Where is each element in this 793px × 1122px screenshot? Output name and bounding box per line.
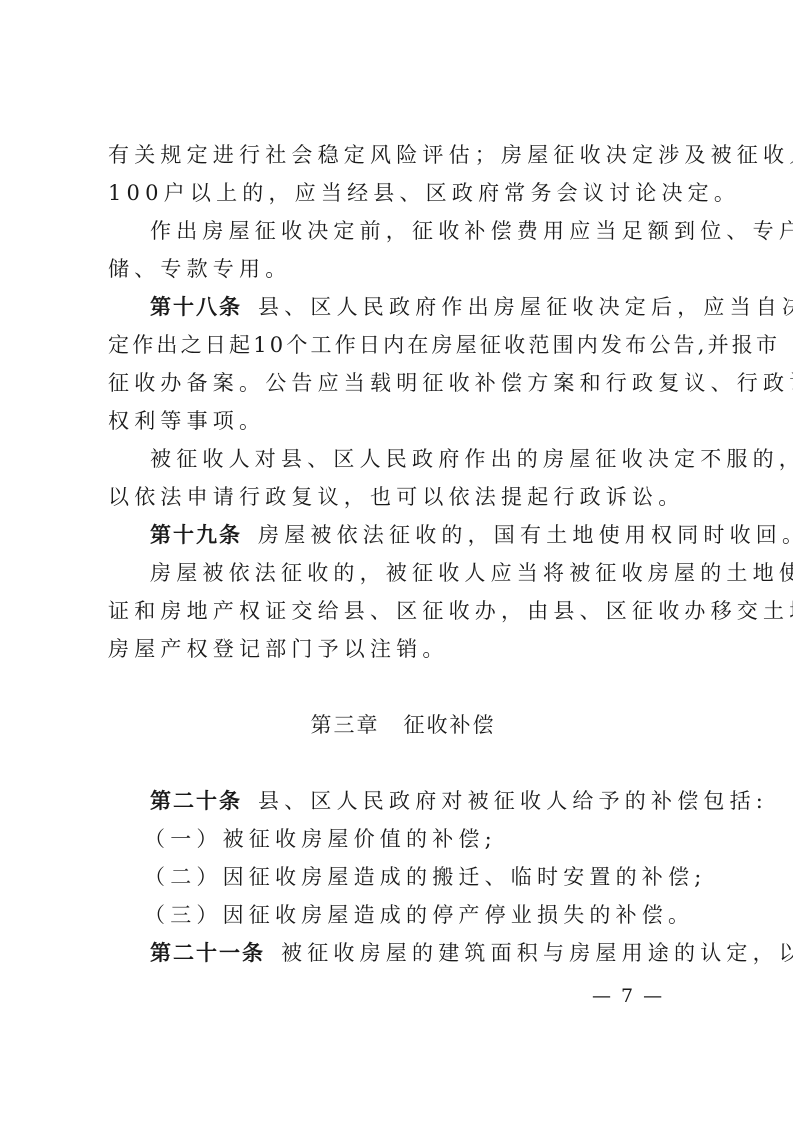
text-span: 县、区人民政府对被征收人给予的补偿包括: [258,789,768,813]
text-line: 储、专款专用。 [108,250,698,288]
article-21-label: 第二十一条 [150,941,265,965]
text-line: 100户以上的，应当经县、区政府常务会议讨论决定。 [108,174,698,212]
text-line: 证和房地产权证交给县、区征收办，由县、区征收办移交土地和 [108,592,698,630]
text-line: 作出房屋征收决定前，征收补偿费用应当足额到位、专户存 [108,212,698,250]
text-line: 被征收人对县、区人民政府作出的房屋征收决定不服的，可 [108,440,698,478]
article-21-line: 第二十一条被征收房屋的建筑面积与房屋用途的认定，以 [108,934,698,972]
text-span: 房屋被依法征收的，国有土地使用权同时收回。 [258,523,793,547]
text-span: 被征收房屋的建筑面积与房屋用途的认定，以 [281,941,793,965]
document-page: 有关规定进行社会稳定风险评估；房屋征收决定涉及被征收人 100户以上的，应当经县… [108,136,698,972]
list-item: （一）被征收房屋价值的补偿; [108,820,698,858]
text-line: 有关规定进行社会稳定风险评估；房屋征收决定涉及被征收人 [108,136,698,174]
article-19-line: 第十九条房屋被依法征收的，国有土地使用权同时收回。 [108,516,698,554]
list-item: （三）因征收房屋造成的停产停业损失的补偿。 [108,896,698,934]
chapter-title: 征收补偿 [404,713,496,737]
list-item: （二）因征收房屋造成的搬迁、临时安置的补偿; [108,858,698,896]
chapter-number: 第三章 [311,713,380,737]
text-line: 定作出之日起10个工作日内在房屋征收范围内发布公告,并报市 [108,326,698,364]
text-line: 征收办备案。公告应当载明征收补偿方案和行政复议、行政诉讼 [108,364,698,402]
text-line: 权利等事项。 [108,402,698,440]
text-line: 房屋产权登记部门予以注销。 [108,630,698,668]
page-number: — 7 — [592,985,664,1007]
text-line: 房屋被依法征收的，被征收人应当将被征收房屋的土地使用 [108,554,698,592]
article-20-label: 第二十条 [150,789,242,813]
article-18-first-line: 第十八条县、区人民政府作出房屋征收决定后，应当自决 [108,288,698,326]
article-18-label: 第十八条 [150,295,242,319]
text-span: 县、区人民政府作出房屋征收决定后，应当自决 [258,295,793,319]
text-line: 以依法申请行政复议，也可以依法提起行政诉讼。 [108,478,698,516]
chapter-heading: 第三章征收补偿 [108,706,698,744]
article-20-line: 第二十条县、区人民政府对被征收人给予的补偿包括: [108,782,698,820]
article-19-label: 第十九条 [150,523,242,547]
